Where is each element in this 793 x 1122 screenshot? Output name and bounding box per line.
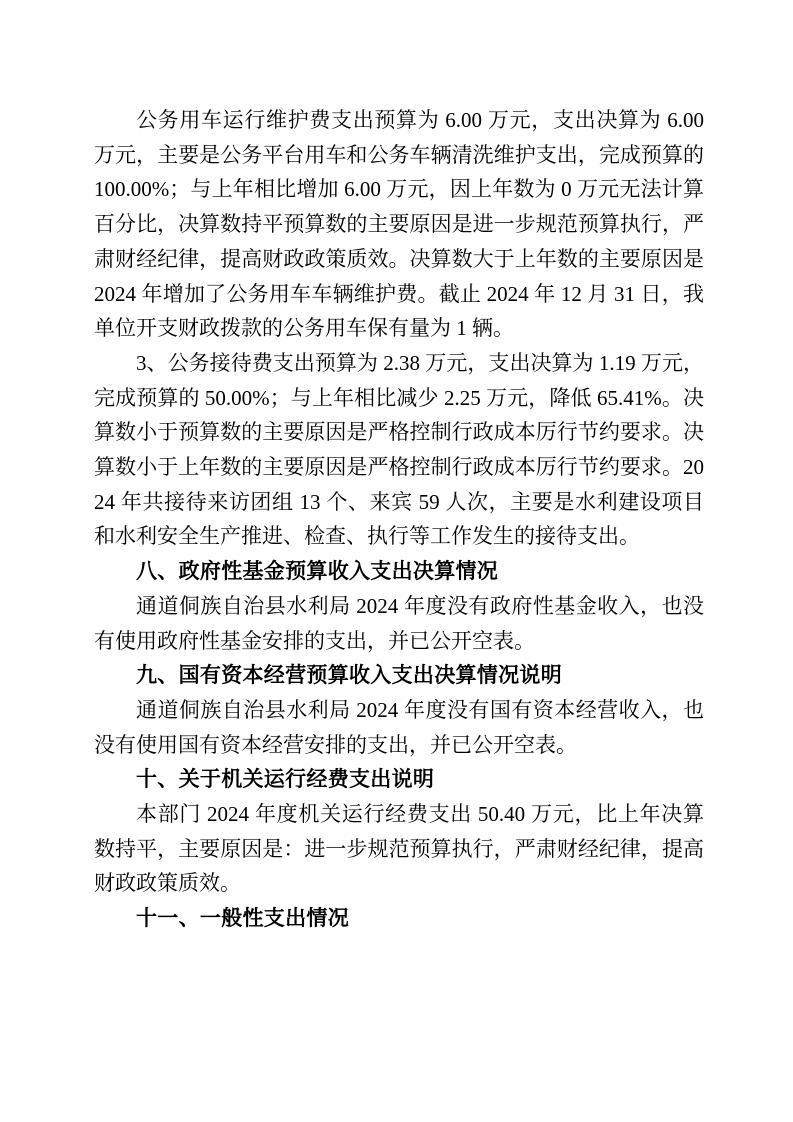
section-heading-8-government-fund-budget: 八、政府性基金预算收入支出决算情况 <box>94 554 704 589</box>
document-page: 公务用车运行维护费支出预算为 6.00 万元，支出决算为 6.00 万元，主要是… <box>0 0 793 1122</box>
paragraph-official-reception-expense: 3、公务接待费支出预算为 2.38 万元，支出决算为 1.19 万元，完成预算的… <box>94 346 704 554</box>
section-heading-9-state-capital-budget: 九、国有资本经营预算收入支出决算情况说明 <box>94 658 704 693</box>
section-heading-11-general-expenditure: 十一、一般性支出情况 <box>94 901 704 936</box>
paragraph-state-capital-statement: 通道侗族自治县水利局 2024 年度没有国有资本经营收入，也没有使用国有资本经营… <box>94 693 704 762</box>
paragraph-vehicle-maintenance-expense: 公务用车运行维护费支出预算为 6.00 万元，支出决算为 6.00 万元，主要是… <box>94 103 704 346</box>
section-heading-10-agency-operating-expense: 十、关于机关运行经费支出说明 <box>94 762 704 797</box>
paragraph-agency-operating-expense-statement: 本部门 2024 年度机关运行经费支出 50.40 万元，比上年决算数持平，主要… <box>94 797 704 901</box>
document-body: 公务用车运行维护费支出预算为 6.00 万元，支出决算为 6.00 万元，主要是… <box>94 103 704 936</box>
paragraph-government-fund-statement: 通道侗族自治县水利局 2024 年度没有政府性基金收入，也没有使用政府性基金安排… <box>94 589 704 658</box>
